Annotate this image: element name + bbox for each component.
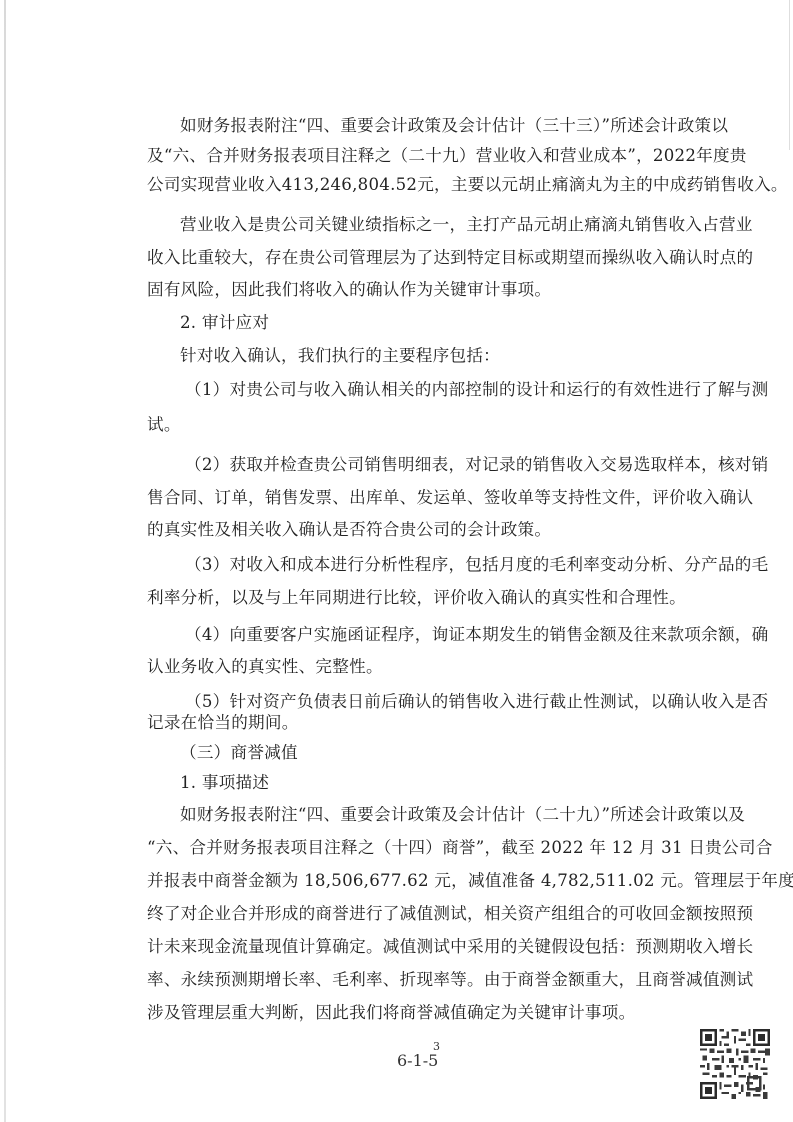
paragraph-line: 试。 bbox=[147, 415, 181, 435]
paragraph-line: 的真实性及相关收入确认是否符合贵公司的会计政策。 bbox=[147, 520, 551, 540]
procedure-item-2: （2）获取并检查贵公司销售明细表，对记录的销售收入交易选取样本，核对销 bbox=[185, 455, 719, 475]
paragraph-line: 公司实现营业收入413,246,804.52元，主要以元胡止痛滴丸为主的中成药销… bbox=[147, 175, 719, 195]
page-code: 6-1-5 bbox=[397, 1051, 438, 1070]
section-heading-goodwill-impairment: （三）商誉减值 bbox=[180, 743, 298, 763]
paragraph-line: 认业务收入的真实性、完整性。 bbox=[147, 657, 383, 677]
scan-edge-left bbox=[4, 0, 6, 1122]
scan-edge-right bbox=[789, 0, 790, 150]
section-heading-matter-description: 1. 事项描述 bbox=[180, 773, 269, 793]
paragraph-line: 记录在恰当的期间。 bbox=[147, 713, 299, 733]
paragraph-line: 并报表中商誉金额为 18,506,677.62 元，减值准备 4,782,511… bbox=[147, 871, 719, 891]
qr-code-icon bbox=[700, 1028, 770, 1100]
paragraph-line: 如财务报表附注“四、重要会计政策及会计估计（三十三）”所述会计政策以 bbox=[180, 116, 719, 136]
paragraph-line: 固有风险，因此我们将收入的确认作为关键审计事项。 bbox=[147, 280, 551, 300]
paragraph-line: 及“六、合并财务报表项目注释之（二十九）营业收入和营业成本”，2022年度贵 bbox=[147, 146, 719, 166]
procedure-item-5: （5）针对资产负债表日前后确认的销售收入进行截止性测试，以确认收入是否 bbox=[185, 692, 719, 712]
paragraph-line: 针对收入确认，我们执行的主要程序包括： bbox=[180, 346, 500, 366]
paragraph-line: 终了对企业合并形成的商誉进行了减值测试，相关资产组组合的可收回金额按照预 bbox=[147, 904, 719, 924]
paragraph-line: “六、合并财务报表项目注释之（十四）商誉”，截至 2022 年 12 月 31 … bbox=[147, 838, 719, 858]
paragraph-line: 售合同、订单，销售发票、出库单、发运单、签收单等支持性文件，评价收入确认 bbox=[147, 488, 719, 508]
section-heading-audit-response: 2. 审计应对 bbox=[180, 313, 269, 333]
procedure-item-1: （1）对贵公司与收入确认相关的内部控制的设计和运行的有效性进行了解与测 bbox=[185, 380, 719, 400]
paragraph-line: 营业收入是贵公司关键业绩指标之一，主打产品元胡止痛滴丸销售收入占营业 bbox=[180, 215, 719, 235]
procedure-item-3: （3）对收入和成本进行分析性程序，包括月度的毛利率变动分析、分产品的毛 bbox=[185, 555, 719, 575]
paragraph-line: 利率分析，以及与上年同期进行比较，评价收入确认的真实性和合理性。 bbox=[147, 588, 686, 608]
paragraph-line: 涉及管理层重大判断，因此我们将商誉减值确定为关键审计事项。 bbox=[147, 1003, 635, 1023]
paragraph-line: 率、永续预测期增长率、毛利率、折现率等。由于商誉金额重大，且商誉减值测试 bbox=[147, 970, 719, 990]
procedure-item-4: （4）向重要客户实施函证程序，询证本期发生的销售金额及往来款项余额，确 bbox=[185, 625, 719, 645]
paragraph-line: 计未来现金流量现值计算确定。减值测试中采用的关键假设包括：预测期收入增长 bbox=[147, 937, 719, 957]
paragraph-line: 如财务报表附注“四、重要会计政策及会计估计（二十九）”所述会计政策以及 bbox=[180, 805, 719, 825]
paragraph-line: 收入比重较大，存在贵公司管理层为了达到特定目标或期望而操纵收入确认时点的 bbox=[147, 248, 719, 268]
